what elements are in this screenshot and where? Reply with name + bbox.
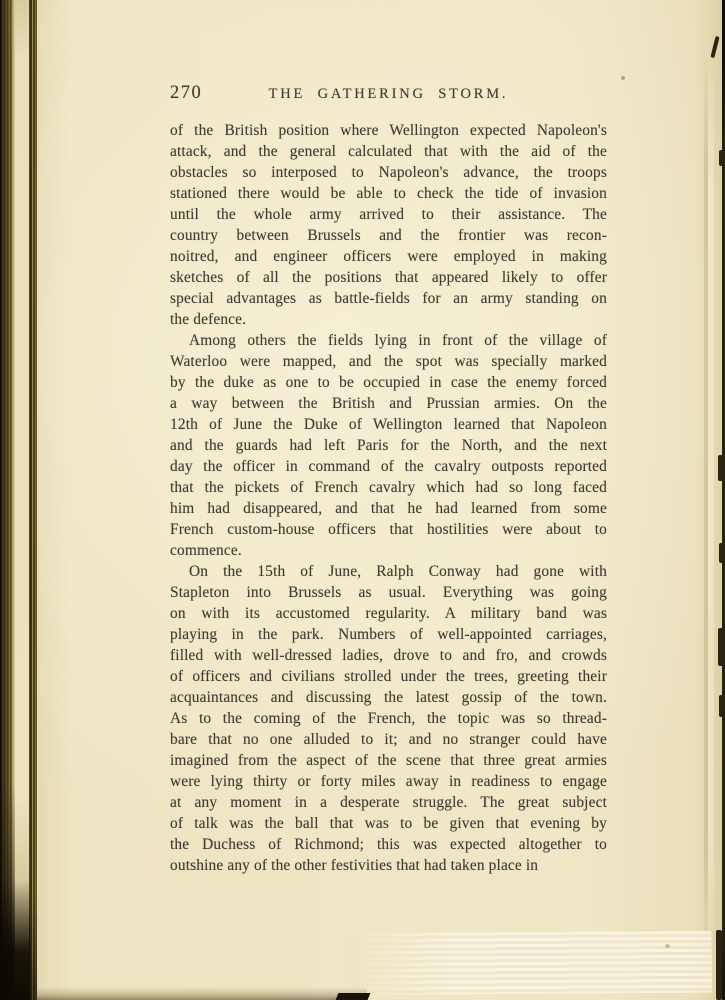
- book-gutter-fold-line: [29, 0, 37, 1000]
- text-line: obstacles so interposed to Napoleon's ad…: [170, 162, 607, 183]
- paragraph: On the 15th of June, Ralph Conway had go…: [170, 561, 607, 876]
- text-line: Waterloo were mapped, and the spot was s…: [170, 351, 607, 372]
- text-line: by the duke as one to be occupied in cas…: [170, 372, 607, 393]
- text-line: Among others the fields lying in front o…: [170, 330, 607, 351]
- paper-speck: [195, 342, 198, 345]
- edge-nick: [710, 36, 719, 58]
- text-line: the defence.: [170, 309, 607, 330]
- text-line: playing in the park. Numbers of well-app…: [170, 624, 607, 645]
- edge-nick: [718, 628, 723, 666]
- bottom-page-edges: [350, 931, 712, 996]
- paper-speck: [621, 76, 625, 80]
- text-line: noitred, and engineer officers were empl…: [170, 246, 607, 267]
- text-line: On the 15th of June, Ralph Conway had go…: [170, 561, 607, 582]
- text-line: and the guards had left Paris for the No…: [170, 435, 607, 456]
- gutter-bottom-shadow: [0, 880, 30, 1000]
- text-line: outshine any of the other festivities th…: [170, 855, 607, 876]
- edge-nick: [719, 543, 724, 563]
- text-line: that the pickets of French cavalry which…: [170, 477, 607, 498]
- text-line: the Duchess of Richmond; this was expect…: [170, 834, 607, 855]
- text-line: special advantages as battle-fields for …: [170, 288, 607, 309]
- text-line: French custom-house officers that hostil…: [170, 519, 607, 540]
- paper-speck: [665, 944, 670, 948]
- text-line: day the officer in command of the cavalr…: [170, 456, 607, 477]
- page-body: of the British position where Wellington…: [170, 120, 607, 876]
- book-gutter-paper: [15, 0, 29, 1000]
- edge-nick: [716, 930, 722, 1000]
- text-line: a way between the British and Prussian a…: [170, 393, 607, 414]
- text-line: 12th of June the Duke of Wellington lear…: [170, 414, 607, 435]
- bottom-page-shadow: [37, 987, 367, 1000]
- text-line: until the whole army arrived to their as…: [170, 204, 607, 225]
- text-line: of the British position where Wellington…: [170, 120, 607, 141]
- running-header-row: 270 THE GATHERING STORM.: [170, 82, 607, 106]
- text-line: on with its accustomed regularity. A mil…: [170, 603, 607, 624]
- paragraph: of the British position where Wellington…: [170, 120, 607, 330]
- text-line: filled with well-dressed ladies, drove t…: [170, 645, 607, 666]
- text-line: country between Brussels and the frontie…: [170, 225, 607, 246]
- edge-nick: [719, 150, 723, 166]
- text-line: of talk was the ball that was to be give…: [170, 813, 607, 834]
- text-line: acquaintances and discussing the latest …: [170, 687, 607, 708]
- text-line: As to the coming of the French, the topi…: [170, 708, 607, 729]
- paragraph: Among others the fields lying in front o…: [170, 330, 607, 561]
- book-gutter-page-edges: [0, 0, 15, 1000]
- book-page: 270 THE GATHERING STORM. of the British …: [37, 0, 722, 1000]
- page-crease-highlight: [708, 55, 714, 960]
- text-line: sketches of all the positions that appea…: [170, 267, 607, 288]
- text-line: were lying thirty or forty miles away in…: [170, 771, 607, 792]
- text-line: of officers and civilians strolled under…: [170, 666, 607, 687]
- text-line: Stapleton into Brussels as usual. Everyt…: [170, 582, 607, 603]
- edge-nick: [718, 455, 723, 481]
- text-line: imagined from the aspect of the scene th…: [170, 750, 607, 771]
- edge-nick: [719, 695, 723, 717]
- text-line: attack, and the general calculated that …: [170, 141, 607, 162]
- text-line: stationed there would be able to check t…: [170, 183, 607, 204]
- text-line: bare that no one alluded to it; and no s…: [170, 729, 607, 750]
- scanned-book-photo: 270 THE GATHERING STORM. of the British …: [0, 0, 725, 1000]
- printed-content: 270 THE GATHERING STORM. of the British …: [170, 0, 607, 1000]
- running-header-title: THE GATHERING STORM.: [170, 86, 607, 103]
- bottom-dark-sliver: [336, 993, 371, 1000]
- text-line: at any moment in a desperate struggle. T…: [170, 792, 607, 813]
- text-line: him had disappeared, and that he had lea…: [170, 498, 607, 519]
- text-line: commence.: [170, 540, 607, 561]
